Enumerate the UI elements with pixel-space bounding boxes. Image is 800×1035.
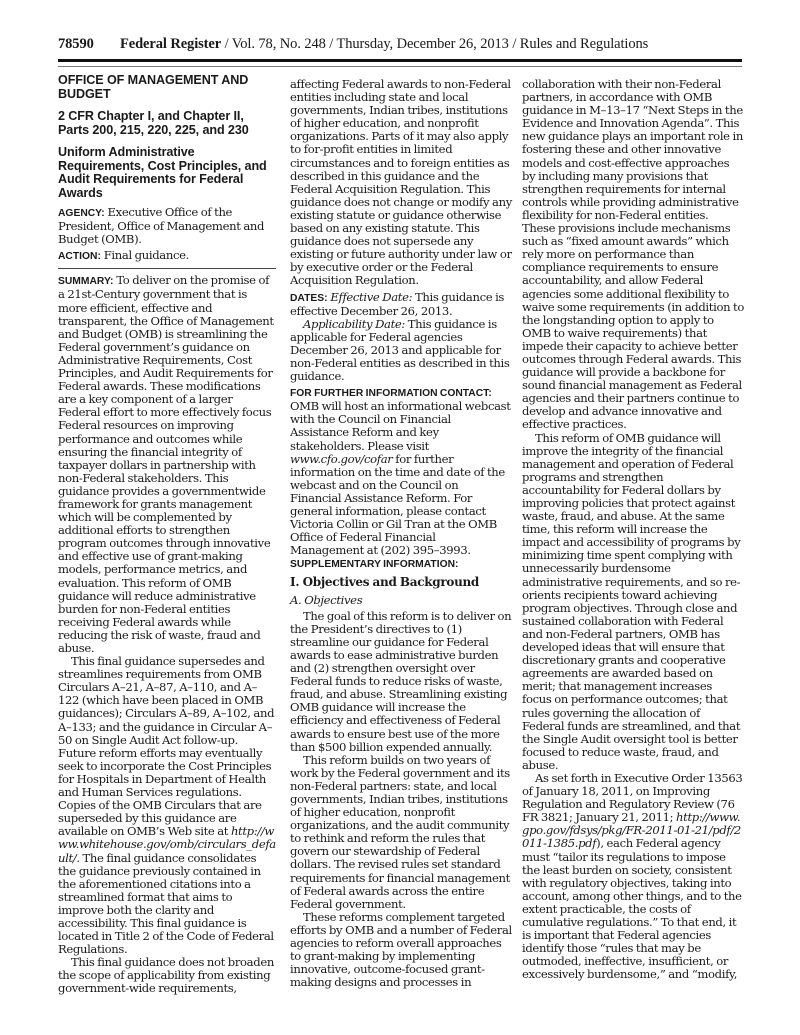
section-divider [58, 268, 276, 269]
agency-heading: OFFICE OF MANAGEMENT AND BUDGET [58, 74, 276, 101]
contact-paragraph: OMB will host an informational webcast w… [290, 400, 512, 557]
subsection-heading: A. Objectives [290, 594, 512, 607]
summary-paragraph-3: This final guidance does not broaden the… [58, 956, 276, 995]
column-1: OFFICE OF MANAGEMENT AND BUDGET 2 CFR Ch… [58, 74, 276, 996]
agency-label: AGENCY: [58, 208, 105, 219]
summary-paragraph: SUMMARY: To deliver on the promise of a … [58, 274, 276, 655]
page-number: 78590 [58, 36, 120, 53]
header-rule-thin [58, 66, 742, 67]
issue-details: / Vol. 78, No. 248 / Thursday, December … [221, 36, 648, 52]
supplementary-label-line: SUPPLEMENTARY INFORMATION: [290, 557, 512, 571]
contact-label-line: FOR FURTHER INFORMATION CONTACT: [290, 386, 512, 400]
agency-paragraph: AGENCY: Executive Office of the Presiden… [58, 206, 276, 246]
document-title: Uniform Administrative Requirements, Cos… [58, 146, 276, 200]
objectives-paragraph-3: These reforms complement targeted effort… [290, 911, 512, 990]
dates-paragraph: DATES: Effective Date: This guidance is … [290, 291, 512, 318]
contact-label: FOR FURTHER INFORMATION CONTACT: [290, 388, 492, 399]
cofar-link[interactable]: www.cfo.gov/cofar [290, 452, 392, 466]
summary-label: SUMMARY: [58, 276, 113, 287]
publication-name: Federal Register [120, 36, 221, 52]
objectives-paragraph-5: As set forth in Executive Order 13563 of… [522, 772, 744, 982]
objectives-paragraph-4: This reform of OMB guidance will improve… [522, 432, 744, 772]
cfr-citation: 2 CFR Chapter I, and Chapter II, Parts 2… [58, 110, 276, 137]
supplementary-label: SUPPLEMENTARY INFORMATION: [290, 559, 458, 570]
dates-label: DATES: [290, 293, 328, 304]
action-label: ACTION: [58, 251, 101, 262]
summary-paragraph-2: This final guidance supersedes and strea… [58, 655, 276, 956]
applicability-paragraph: Applicability Date: This guidance is app… [290, 318, 512, 383]
objectives-paragraph-3-cont: collaboration with their non-Federal par… [522, 78, 744, 432]
column-2: affecting Federal awards to non-Federal … [290, 78, 512, 989]
section-heading: I. Objectives and Background [290, 576, 512, 589]
action-paragraph: ACTION: Final guidance. [58, 249, 276, 263]
running-head: 78590Federal Register / Vol. 78, No. 248… [58, 36, 742, 53]
objectives-paragraph-1: The goal of this reform is to deliver on… [290, 610, 512, 754]
column-3: collaboration with their non-Federal par… [522, 78, 744, 981]
summary-paragraph-3-cont: affecting Federal awards to non-Federal … [290, 78, 512, 288]
header-rule-thick [58, 59, 742, 62]
objectives-paragraph-2: This reform builds on two years of work … [290, 754, 512, 911]
